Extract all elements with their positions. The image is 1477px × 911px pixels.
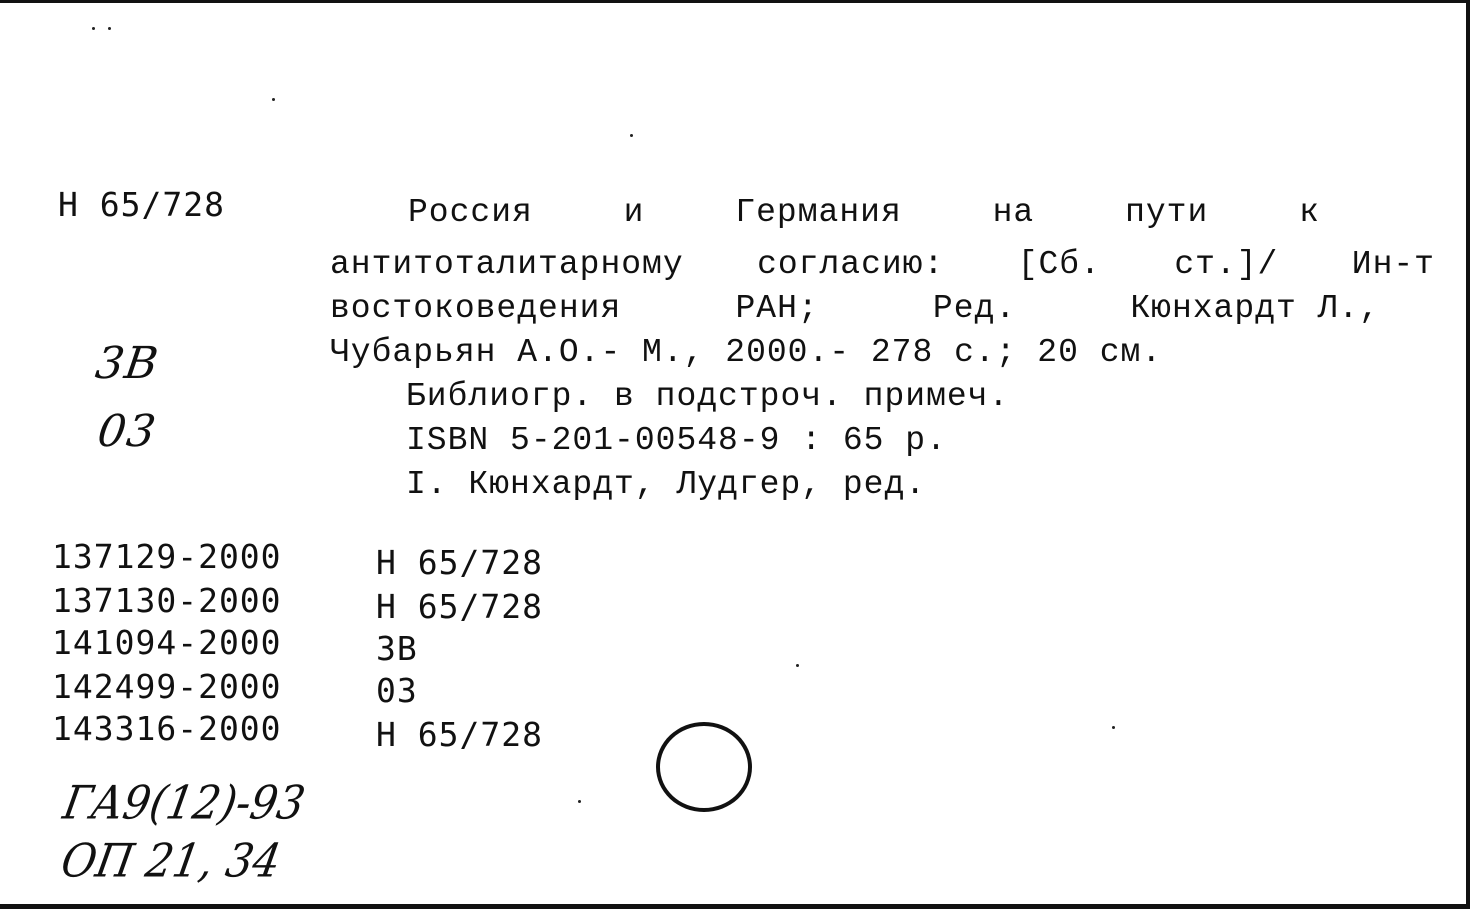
title-word: РАН;	[735, 292, 818, 325]
speck	[796, 664, 799, 667]
added-entry: I. Кюнхардт, Лудгер, ред.	[406, 468, 926, 501]
title-word: Ред.	[933, 292, 1016, 325]
title-word: и	[624, 196, 645, 229]
card-border-right	[1466, 2, 1470, 907]
inventory-number: 141094-2000	[52, 626, 282, 659]
speck	[1112, 726, 1115, 729]
inventory-location: Н 65/728	[376, 546, 543, 579]
isbn-price: ISBN 5-201-00548-9 : 65 р.	[406, 424, 947, 457]
handwritten-footer: ОП 21, 34	[58, 838, 284, 884]
inventory-location: 3В	[376, 632, 418, 665]
inventory-location: 03	[376, 674, 418, 707]
speck	[108, 27, 111, 30]
inventory-number: 137129-2000	[52, 540, 282, 573]
speck	[630, 134, 633, 137]
title-word: [Сб.	[1018, 248, 1101, 281]
card-border-bottom	[0, 904, 1470, 909]
title-word: востоковедения	[330, 292, 621, 325]
title-line-4: Чубарьян А.О.- М., 2000.- 278 с.; 20 см.	[330, 336, 1162, 369]
card-border-top	[0, 0, 1470, 3]
title-word: ст.]/	[1174, 248, 1278, 281]
bibliography-note: Библиогр. в подстроч. примеч.	[406, 380, 1009, 413]
title-word: антитоталитарному	[330, 248, 684, 281]
speck	[272, 98, 275, 101]
library-stamp-circle	[656, 722, 752, 812]
inventory-location: Н 65/728	[376, 718, 543, 751]
catalog-card: Н 65/728 Россия и Германия на пути к ант…	[0, 0, 1477, 911]
title-line-1: Россия и Германия на пути к	[408, 196, 1320, 229]
speck	[578, 800, 581, 803]
title-word: к	[1299, 196, 1320, 229]
handwritten-footer: ГА9(12)-93	[60, 780, 308, 826]
shelfmark: Н 65/728	[58, 188, 225, 221]
title-word: на	[993, 196, 1035, 229]
title-word: Россия	[408, 196, 533, 229]
inventory-location: Н 65/728	[376, 590, 543, 623]
handwritten-code: 3В	[93, 342, 162, 386]
inventory-number: 137130-2000	[52, 584, 282, 617]
inventory-number: 143316-2000	[52, 712, 282, 745]
handwritten-code: 03	[95, 410, 159, 454]
title-word: Ин-т	[1352, 248, 1435, 281]
title-line-2: антитоталитарному согласию: [Сб. ст.]/ И…	[330, 248, 1435, 281]
title-word: согласию:	[757, 248, 944, 281]
title-word: Кюнхардт Л.,	[1130, 292, 1380, 325]
title-word: пути	[1125, 196, 1208, 229]
title-word: Германия	[735, 196, 901, 229]
inventory-number: 142499-2000	[52, 670, 282, 703]
speck	[92, 27, 95, 30]
title-line-3: востоковедения РАН; Ред. Кюнхардт Л.,	[330, 292, 1380, 325]
